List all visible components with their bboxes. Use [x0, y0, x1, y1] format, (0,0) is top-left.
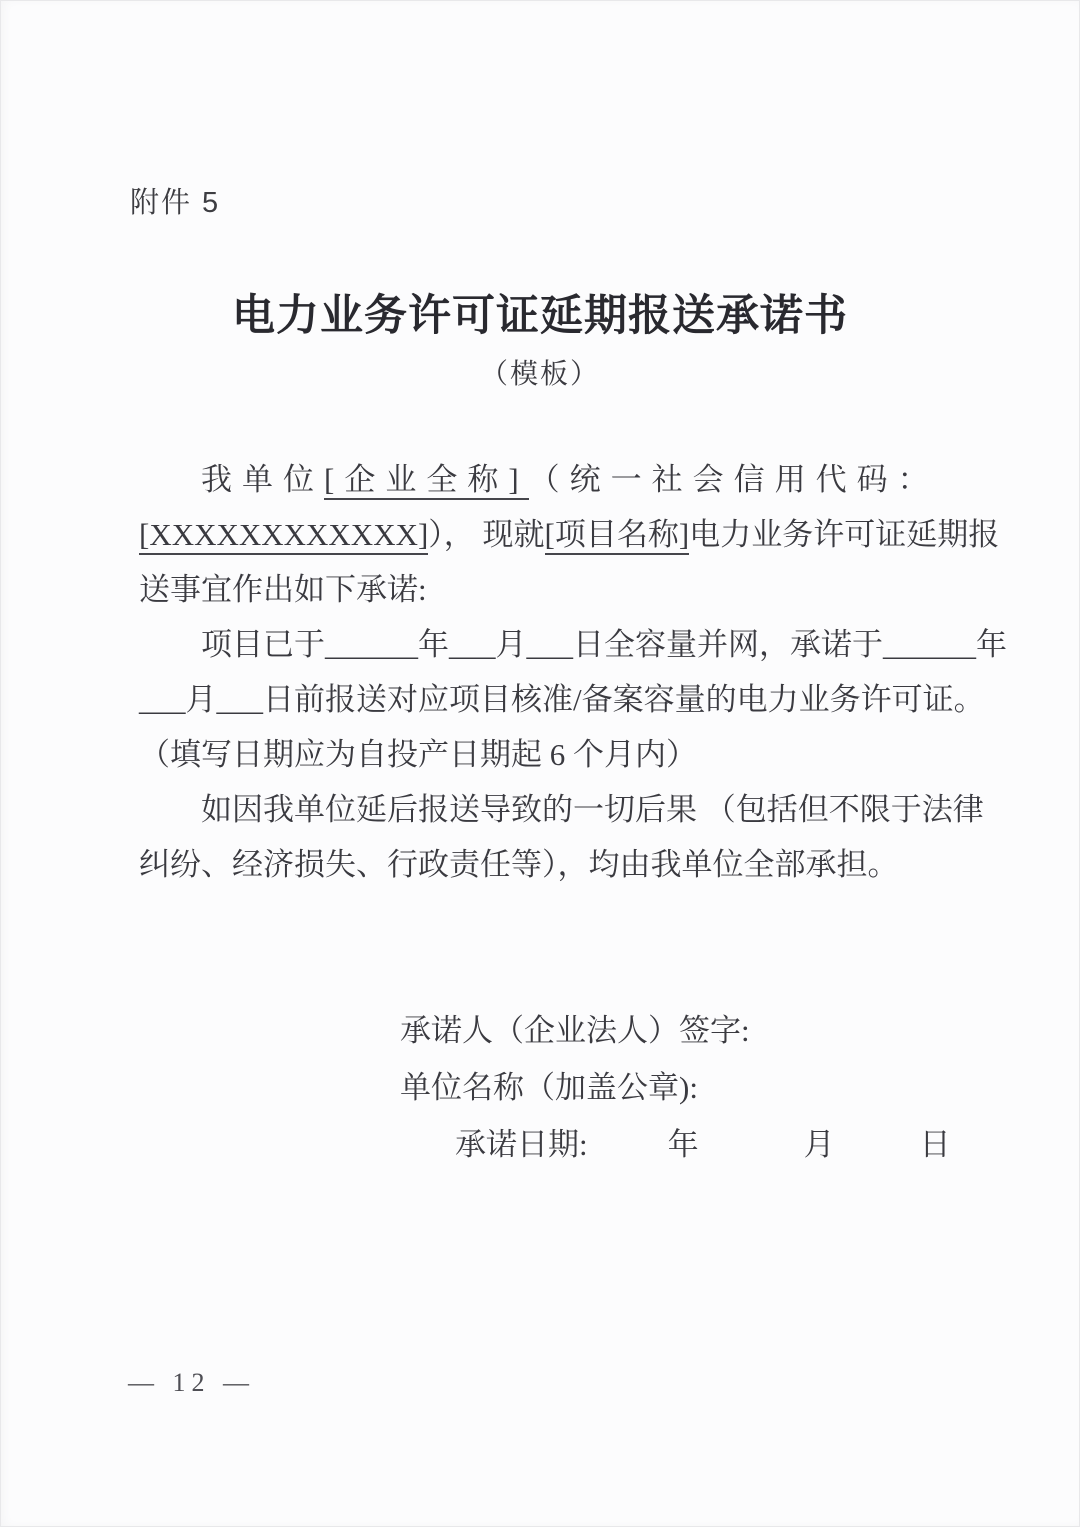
- para1-text-we-unit: 我单位: [201, 462, 324, 497]
- paragraph1-line3: 送事宜作出如下承诺:: [139, 562, 944, 617]
- para1-text-now-regarding: ）， 现就: [428, 517, 544, 552]
- paragraph3-line1: 如因我单位延后报送导致的一切后果 （包括但不限于法律: [139, 782, 944, 837]
- paragraph1-line1: 我单位[企业全称]（统一社会信用代码：: [139, 452, 944, 507]
- attachment-label: 附件 5: [130, 180, 220, 221]
- credit-code-blank: [XXXXXXXXXXXX]: [139, 517, 428, 555]
- document-body: 我单位[企业全称]（统一社会信用代码： [XXXXXXXXXXXX]）， 现就[…: [139, 452, 944, 892]
- date-year-label: 年: [668, 1127, 699, 1162]
- company-seal-line: 单位名称（加盖公章):: [400, 1059, 951, 1116]
- signer-signature-line: 承诺人（企业法人）签字:: [400, 1002, 951, 1059]
- document-subtitle: （模板）: [0, 352, 1080, 392]
- paragraph2-line1: 项目已于______年___月___日全容量并网，承诺于______年: [139, 617, 944, 672]
- paragraph1-line2: [XXXXXXXXXXXX]）， 现就[项目名称]电力业务许可证延期报: [139, 507, 944, 562]
- commitment-date-line: 承诺日期:年月日: [400, 1116, 951, 1173]
- paragraph3-line2: 纠纷、经济损失、行政责任等），均由我单位全部承担。: [139, 837, 944, 892]
- para1-text-credit-code: （统一社会信用代码：: [529, 462, 939, 497]
- paragraph2-line3: （填写日期应为自投产日期起 6 个月内）: [139, 727, 944, 782]
- para1-text-license-extension: 电力业务许可证延期报: [689, 517, 999, 552]
- date-label: 承诺日期:: [455, 1127, 588, 1162]
- date-month-label: 月: [804, 1127, 835, 1162]
- company-name-blank: [企业全称]: [324, 462, 529, 500]
- document-title: 电力业务许可证延期报送承诺书: [0, 282, 1080, 343]
- paragraph2-line2: ___月___日前报送对应项目核准/备案容量的电力业务许可证。: [139, 672, 944, 727]
- document-page: 附件 5 电力业务许可证延期报送承诺书 （模板） 我单位[企业全称]（统一社会信…: [0, 0, 1080, 1527]
- date-day-label: 日: [920, 1127, 951, 1162]
- page-number: — 12 —: [128, 1368, 255, 1398]
- project-name-blank: [项目名称]: [545, 517, 690, 555]
- signature-block: 承诺人（企业法人）签字: 单位名称（加盖公章): 承诺日期:年月日: [400, 1002, 951, 1173]
